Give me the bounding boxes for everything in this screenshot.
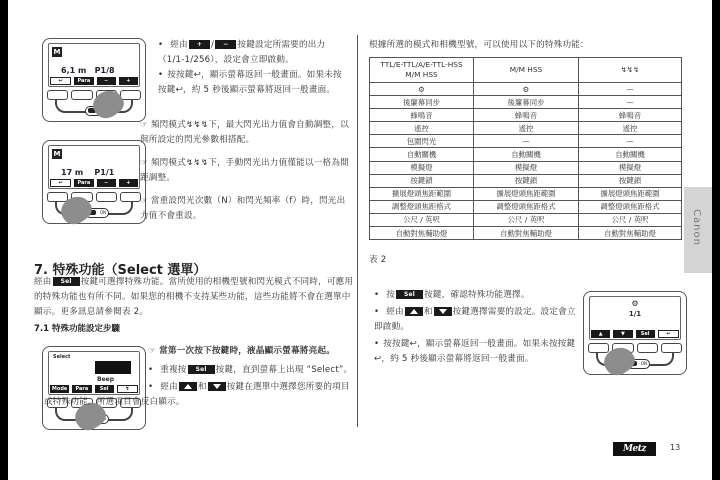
plus-key-label: + (119, 179, 138, 187)
sel-key-label: Sel (636, 330, 655, 338)
table-row: 自動關機自動關機自動關機 (370, 148, 682, 161)
para-key-label: Para (74, 179, 93, 187)
bullet-select-item: 經由和按鍵在選單中選擇您所要的項目或特殊功能。所選項目會反白顯示。 (44, 380, 354, 410)
plus-key-label: + (119, 77, 138, 85)
note-lcd-lights: ☞ 當第一次按下按鍵時，液晶顯示螢幕將亮起。 (148, 344, 354, 359)
lcd-diagram-setting: ⚙ 1/1 ▲ ▼ Sel ↩ ON (583, 291, 687, 375)
table-row: ⚙⚙— (370, 83, 682, 96)
header-ttl: TTL/E-TTL/A/E-TTL-HSS M/M HSS (370, 58, 474, 83)
sel-key-icon: Sel (396, 290, 423, 299)
mode-badge: M (52, 47, 62, 57)
softkey-labels: ↩ Para − + (50, 77, 138, 85)
return-key-label: ↩ (658, 330, 679, 338)
table-row: 自動對焦輔助燈自動對焦輔助燈自動對焦輔助燈 (370, 227, 682, 240)
bullet-return: 按按鍵↩，顯示螢幕返回一般畫面。如果未按按鍵↩，約 5 秒後顯示螢幕將返回一般畫… (374, 337, 580, 367)
manual-page: M 6,1 m P1/8 ↩ Para − + ON 經由+/−按鍵設定所需要的… (8, 0, 712, 480)
note-strobe-step: ☞ 頻閃模式↯↯↯下，手動閃光出力值僅能以一格為間距調整。 (140, 156, 352, 186)
minus-key-label: − (97, 77, 116, 85)
note-icon: ☞ (140, 120, 151, 130)
bullet-choose-setting: 經由和按鍵選擇需要的設定。設定會立即啟動。 (374, 305, 580, 335)
para-key-label: Para (74, 77, 93, 85)
note-icon: ☞ (140, 196, 151, 206)
table-caption: 表 2 (369, 253, 386, 268)
lcd-screen: ⚙ 1/1 ▲ ▼ Sel ↩ (589, 296, 681, 340)
bullet-confirm-sel: 按Sel按鍵，確認特殊功能選擇。 (374, 288, 580, 303)
bullet-return: 按按鍵↩，顯示螢幕返回一般畫面。如果未按按鍵↩，約 5 秒後顯示螢幕將返回一般畫… (158, 68, 350, 98)
note-icon: ☞ (140, 158, 151, 168)
lcd-highlight-box (95, 361, 131, 374)
special-functions-table: TTL/E-TTL/A/E-TTL-HSS M/M HSS M/M HSS ↯↯… (369, 57, 682, 240)
table-row: 模擬燈模擬燈模擬燈 (370, 161, 682, 174)
section7-steps: ☞ 當第一次按下按鍵時，液晶顯示螢幕將亮起。 重複按Sel按鍵，直到螢幕上出現 … (148, 344, 354, 410)
note-strobe-reset: ☞ 當重設閃光次數（N）和閃光頻率（f）時，閃光出力值不會重設。 (140, 194, 352, 224)
lcd-distance-power: 17 m P1/1 (61, 168, 114, 177)
sel-key-icon: Sel (188, 365, 215, 374)
up-key-icon (405, 307, 423, 316)
table-row: 公尺 / 英呎公尺 / 英呎公尺 / 英呎 (370, 213, 682, 226)
plus-key-icon: + (189, 40, 210, 49)
lcd-value: 1/1 (590, 310, 680, 318)
lcd-screen: M 6,1 m P1/8 ↩ Para − + (48, 43, 140, 87)
section-intro: 經由Sel按鍵可選擇特殊功能。當所使用的相機型號和閃光模式不同時，可應用的特殊功… (34, 275, 356, 320)
table-row: 蜂鳴音蜂鳴音蜂鳴音 (370, 109, 682, 122)
mode-badge: M (52, 149, 62, 159)
right-steps: 按Sel按鍵，確認特殊功能選擇。 經由和按鍵選擇需要的設定。設定會立即啟動。 按… (374, 288, 580, 367)
down-key-label: ▼ (613, 330, 632, 338)
table-header-row: TTL/E-TTL/A/E-TTL-HSS M/M HSS M/M HSS ↯↯… (370, 58, 682, 83)
table-row: 擴展燈頭焦距範圍擴展燈頭焦距範圍擴展燈頭焦距範圍 (370, 187, 682, 200)
lcd-diagram-manual-power: M 6,1 m P1/8 ↩ Para − + ON (42, 38, 146, 122)
table-row: 包圍閃光—— (370, 135, 682, 148)
lcd-diagram-stroboscopic: M 17 m P1/1 ↩ Para − + ON (42, 140, 146, 224)
side-tab-canon: Canon (684, 187, 712, 273)
block2-notes: ☞ 頻閃模式↯↯↯下，最大閃光出力值會自動調整，以與所設定的閃光參數相搭配。 ☞… (140, 118, 352, 224)
return-key-label: ↩ (50, 77, 71, 85)
softkey-labels: ▲ ▼ Sel ↩ (591, 330, 679, 338)
table-intro: 根據所選的模式和相機型號，可以使用以下的特殊功能： (369, 38, 589, 53)
lcd-function-icon: ⚙ (590, 299, 680, 308)
header-m-hss: M/M HSS (474, 58, 579, 83)
bullet-press-sel: 重複按Sel按鍵，直到螢幕上出現 “Select”。 (148, 363, 354, 378)
block1-bullets: 經由+/−按鍵設定所需要的出力（1/1-1/256），設定會立即啟動。 按按鍵↩… (158, 38, 350, 98)
lcd-distance-power: 6,1 m P1/8 (61, 66, 115, 75)
note-icon: ☞ (148, 346, 159, 356)
table-row: 後簾幕同步後簾幕同步— (370, 96, 682, 109)
subsection-title: 7.1 特殊功能設定步驟 (34, 322, 120, 334)
lcd-select-label: Select (53, 354, 70, 360)
table-row: 按鍵鎖按鍵鎖按鍵鎖 (370, 174, 682, 187)
minus-key-label: − (97, 179, 116, 187)
note-strobe-max-power: ☞ 頻閃模式↯↯↯下，最大閃光出力值會自動調整，以與所設定的閃光參數相搭配。 (140, 118, 352, 148)
minus-key-icon: − (215, 40, 236, 49)
lcd-screen: M 17 m P1/1 ↩ Para − + (48, 145, 140, 189)
up-key-label: ▲ (591, 330, 610, 338)
return-key-label: ↩ (50, 179, 71, 187)
table-row: 遙控遙控遙控 (370, 122, 682, 135)
up-key-icon (179, 382, 197, 391)
table-row: 調整燈頭焦距格式調整燈頭焦距格式調整燈頭焦距格式 (370, 200, 682, 213)
metz-logo: Metz (613, 442, 656, 456)
down-key-icon (434, 307, 452, 316)
column-divider (357, 35, 358, 427)
sel-key-icon: Sel (53, 277, 80, 286)
header-strobe: ↯↯↯ (579, 58, 682, 83)
down-key-icon (208, 382, 226, 391)
bullet-set-power: 經由+/−按鍵設定所需要的出力（1/1-1/256），設定會立即啟動。 (158, 38, 350, 68)
page-number: 13 (670, 443, 680, 452)
softkey-labels: ↩ Para − + (50, 179, 138, 187)
